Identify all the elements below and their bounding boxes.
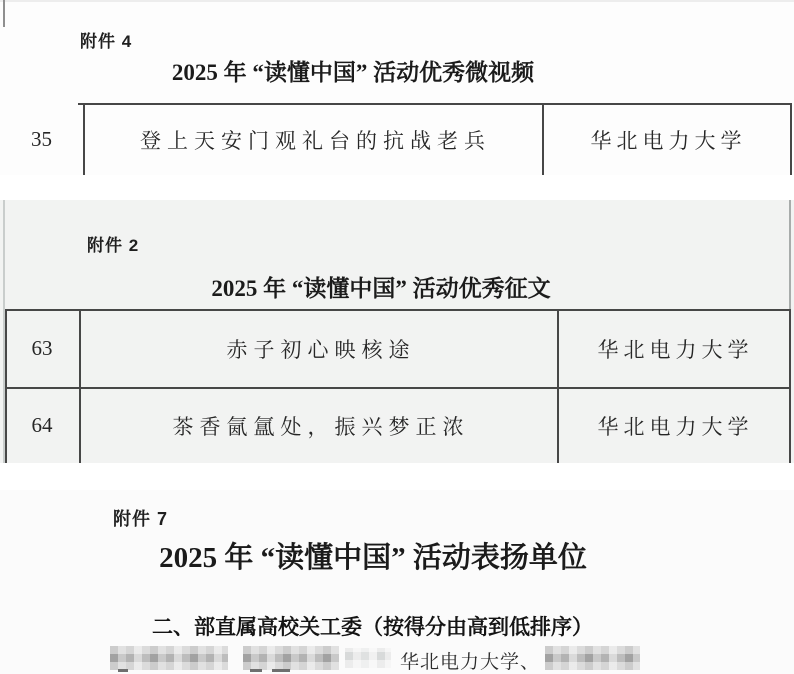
scan-artifact-dash-1 (118, 669, 128, 672)
scan-artifact-line (3, 0, 5, 27)
table2-row1-number: 63 (5, 310, 79, 387)
document-page: 附件 4 2025 年 “读懂中国” 活动优秀微视频 35 登上天安门观礼台的抗… (0, 0, 794, 674)
title-micro-video: 2025 年 “读懂中国” 活动优秀微视频 (0, 60, 706, 86)
redacted-org-2 (243, 646, 339, 670)
redacted-org-3 (345, 648, 391, 668)
table1-row-work-title: 登上天安门观礼台的抗战老兵 (83, 104, 542, 175)
table1-right-border (790, 103, 792, 175)
table2-row2-number: 64 (5, 388, 79, 463)
attachment-2-section: 附件 2 2025 年 “读懂中国” 活动优秀征文 63 赤子初心映核途 华北电… (0, 200, 794, 463)
redacted-org-1 (110, 646, 228, 670)
title-commended-units: 2025 年 “读懂中国” 活动表扬单位 (0, 542, 746, 575)
scan-edge-top (0, 0, 794, 2)
table2-row2-work-title: 茶香氤氲处，振兴梦正浓 (79, 388, 557, 463)
table2-row1-work-title: 赤子初心映核途 (79, 310, 557, 387)
attachment-4-section: 附件 4 2025 年 “读懂中国” 活动优秀微视频 35 登上天安门观礼台的抗… (0, 0, 794, 175)
title-essay: 2025 年 “读懂中国” 活动优秀征文 (0, 276, 762, 302)
organization-name: 华北电力大学、 (400, 647, 540, 674)
scan-artifact-dash-3 (272, 669, 290, 672)
attachment-label-7: 附件 7 (113, 505, 168, 531)
table2-row1-organization: 华北电力大学 (557, 310, 789, 387)
table2-right-border (789, 309, 791, 463)
table1-row-organization: 华北电力大学 (542, 104, 790, 175)
attachment-label-2: 附件 2 (87, 231, 139, 256)
attachment-7-section: 附件 7 2025 年 “读懂中国” 活动表扬单位 二、部直属高校关工委（按得分… (0, 490, 794, 674)
attachment-label-4: 附件 4 (80, 27, 132, 52)
table2-row2-organization: 华北电力大学 (557, 388, 789, 463)
subsection-heading: 二、部直属高校关工委（按得分由高到低排序） (152, 611, 593, 641)
scan-artifact-dash-2 (250, 669, 262, 672)
table1-row-number: 35 (0, 104, 83, 175)
redacted-org-4 (545, 646, 640, 670)
